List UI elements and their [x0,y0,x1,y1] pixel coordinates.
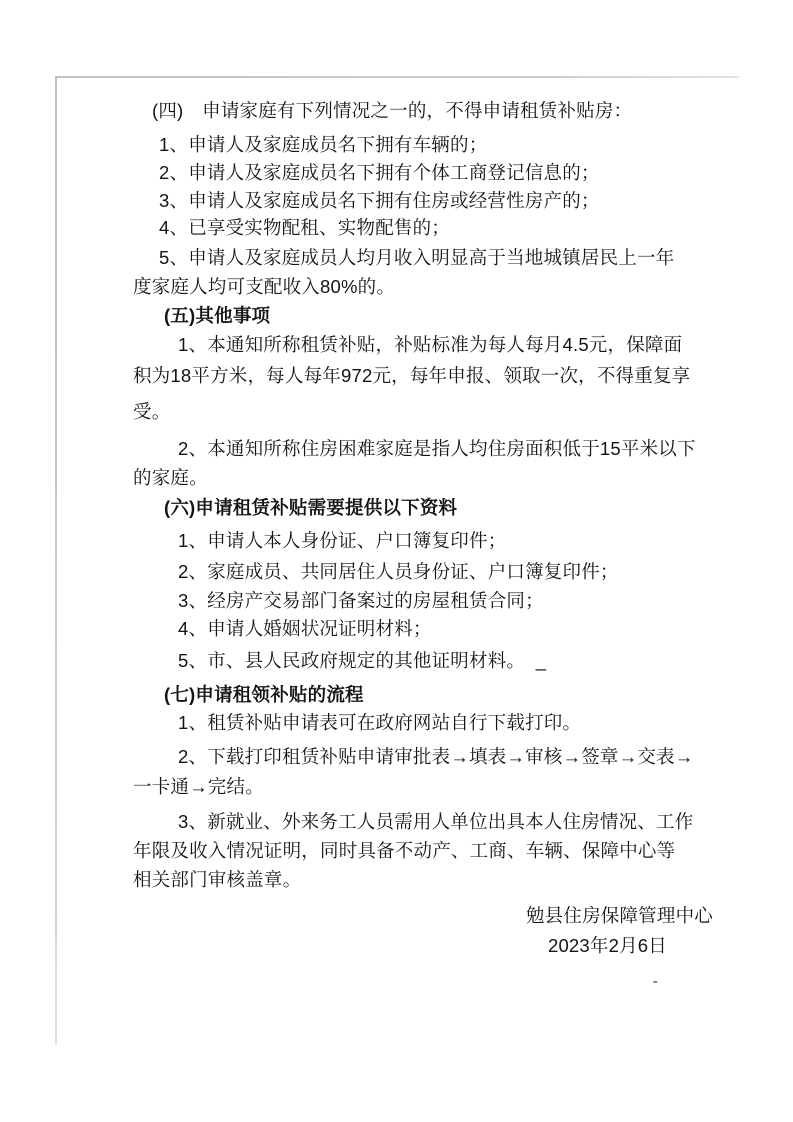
section-intro-line: (四) 申请家庭有下列情况之一的，不得申请租赁补贴房： [152,96,632,126]
list-item-line: 1、申请人本人身份证、户口簿复印件； [178,526,506,556]
paragraph-continuation-line: 一卡通→完结。 [133,772,264,802]
list-item-line: 1、申请人及家庭成员名下拥有车辆的； [159,130,487,160]
list-item-line: 2、本通知所称住房困难家庭是指人均住房面积低于15平米以下 [178,434,696,464]
scan-edge-left [55,76,57,1045]
list-item-line: 3、新就业、外来务工人员需用人单位出具本人住房情况、工作 [178,807,693,837]
document-page: (四) 申请家庭有下列情况之一的，不得申请租赁补贴房：1、申请人及家庭成员名下拥… [0,0,793,1122]
signature-date: 2023年2月6日 [548,931,667,961]
list-item-line: 5、市、县人民政府规定的其他证明材料。 _ [178,646,546,676]
list-item-line: 2、申请人及家庭成员名下拥有个体工商登记信息的； [159,158,600,188]
stray-pen-mark: - [653,967,658,997]
list-item-line: 4、已享受实物配租、实物配售的； [159,213,450,243]
list-item-line: 1、租赁补贴申请表可在政府网站自行下载打印。 [178,708,581,738]
signature-org: 勉县住房保障管理中心 [526,901,713,931]
paragraph-continuation-line: 受。 [133,397,170,427]
list-item-line: 1、本通知所称租赁补贴，补贴标准为每人每月4.5元，保障面 [178,330,682,360]
section-heading: (六)申请租赁补贴需要提供以下资料 [164,493,457,523]
paragraph-continuation-line: 年限及收入情况证明，同时具备不动产、工商、车辆、保障中心等 [133,836,675,866]
list-item-line: 3、申请人及家庭成员名下拥有住房或经营性房产的； [159,186,600,216]
list-item-line: 5、申请人及家庭成员人均月收入明显高于当地城镇居民上一年 [159,243,674,273]
paragraph-continuation-line: 度家庭人均可支配收入80%的。 [133,272,395,302]
section-heading: (七)申请租领补贴的流程 [164,680,364,710]
list-item-line: 4、申请人婚姻状况证明材料； [178,614,432,644]
section-heading: (五)其他事项 [164,301,270,331]
list-item-line: 2、下载打印租赁补贴申请审批表→填表→审核→签章→交表→ [178,742,693,772]
list-item-line: 3、经房产交易部门备案过的房屋租赁合同； [178,586,544,616]
paragraph-continuation-line: 相关部门审核盖章。 [133,865,301,895]
paragraph-continuation-line: 积为18平方米，每人每年972元，每年申报、领取一次，不得重复享 [133,361,690,391]
scan-edge-top [55,76,739,78]
list-item-line: 2、家庭成员、共同居住人员身份证、户口簿复印件； [178,557,619,587]
paragraph-continuation-line: 的家庭。 [133,463,208,493]
